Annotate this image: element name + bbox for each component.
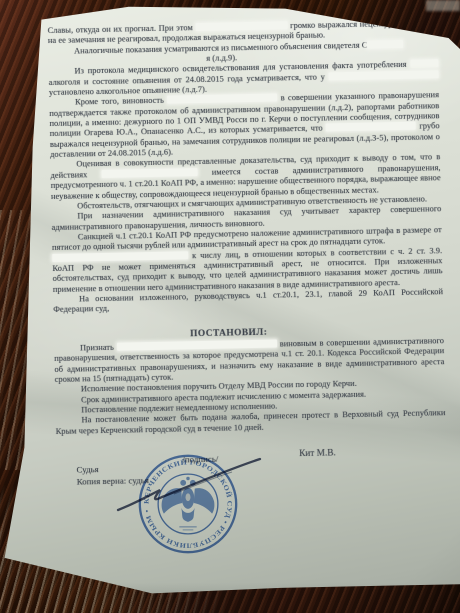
corner-light-patch (426, 0, 460, 11)
redaction-box (367, 40, 403, 49)
handwritten-signature (108, 446, 268, 520)
redaction-box (195, 21, 287, 31)
document-text: ПОСТАНОВИЛ: (190, 327, 267, 339)
document-text: Признать (80, 343, 117, 353)
document-body: Славы, откуда он их прогнал. При этом гр… (48, 18, 447, 496)
redaction-box (326, 122, 416, 132)
redaction-box (410, 60, 438, 69)
judge-label: Судья (76, 464, 98, 475)
paper-sheet: Славы, откуда он их прогнал. При этом гр… (0, 0, 460, 613)
document-text: я (л.д.9). (206, 53, 237, 63)
redaction-box (101, 168, 197, 178)
document-text: Кроме того, виновность (75, 96, 167, 107)
redaction-box (117, 339, 277, 350)
redaction-box (329, 70, 439, 80)
photo-of-court-ruling: Славы, откуда он их прогнал. При этом гр… (0, 0, 460, 613)
judge-name: Кит М.В. (299, 447, 336, 458)
document-paragraph: Кроме того, виновность в совершении указ… (49, 91, 440, 161)
redaction-box (167, 94, 277, 104)
